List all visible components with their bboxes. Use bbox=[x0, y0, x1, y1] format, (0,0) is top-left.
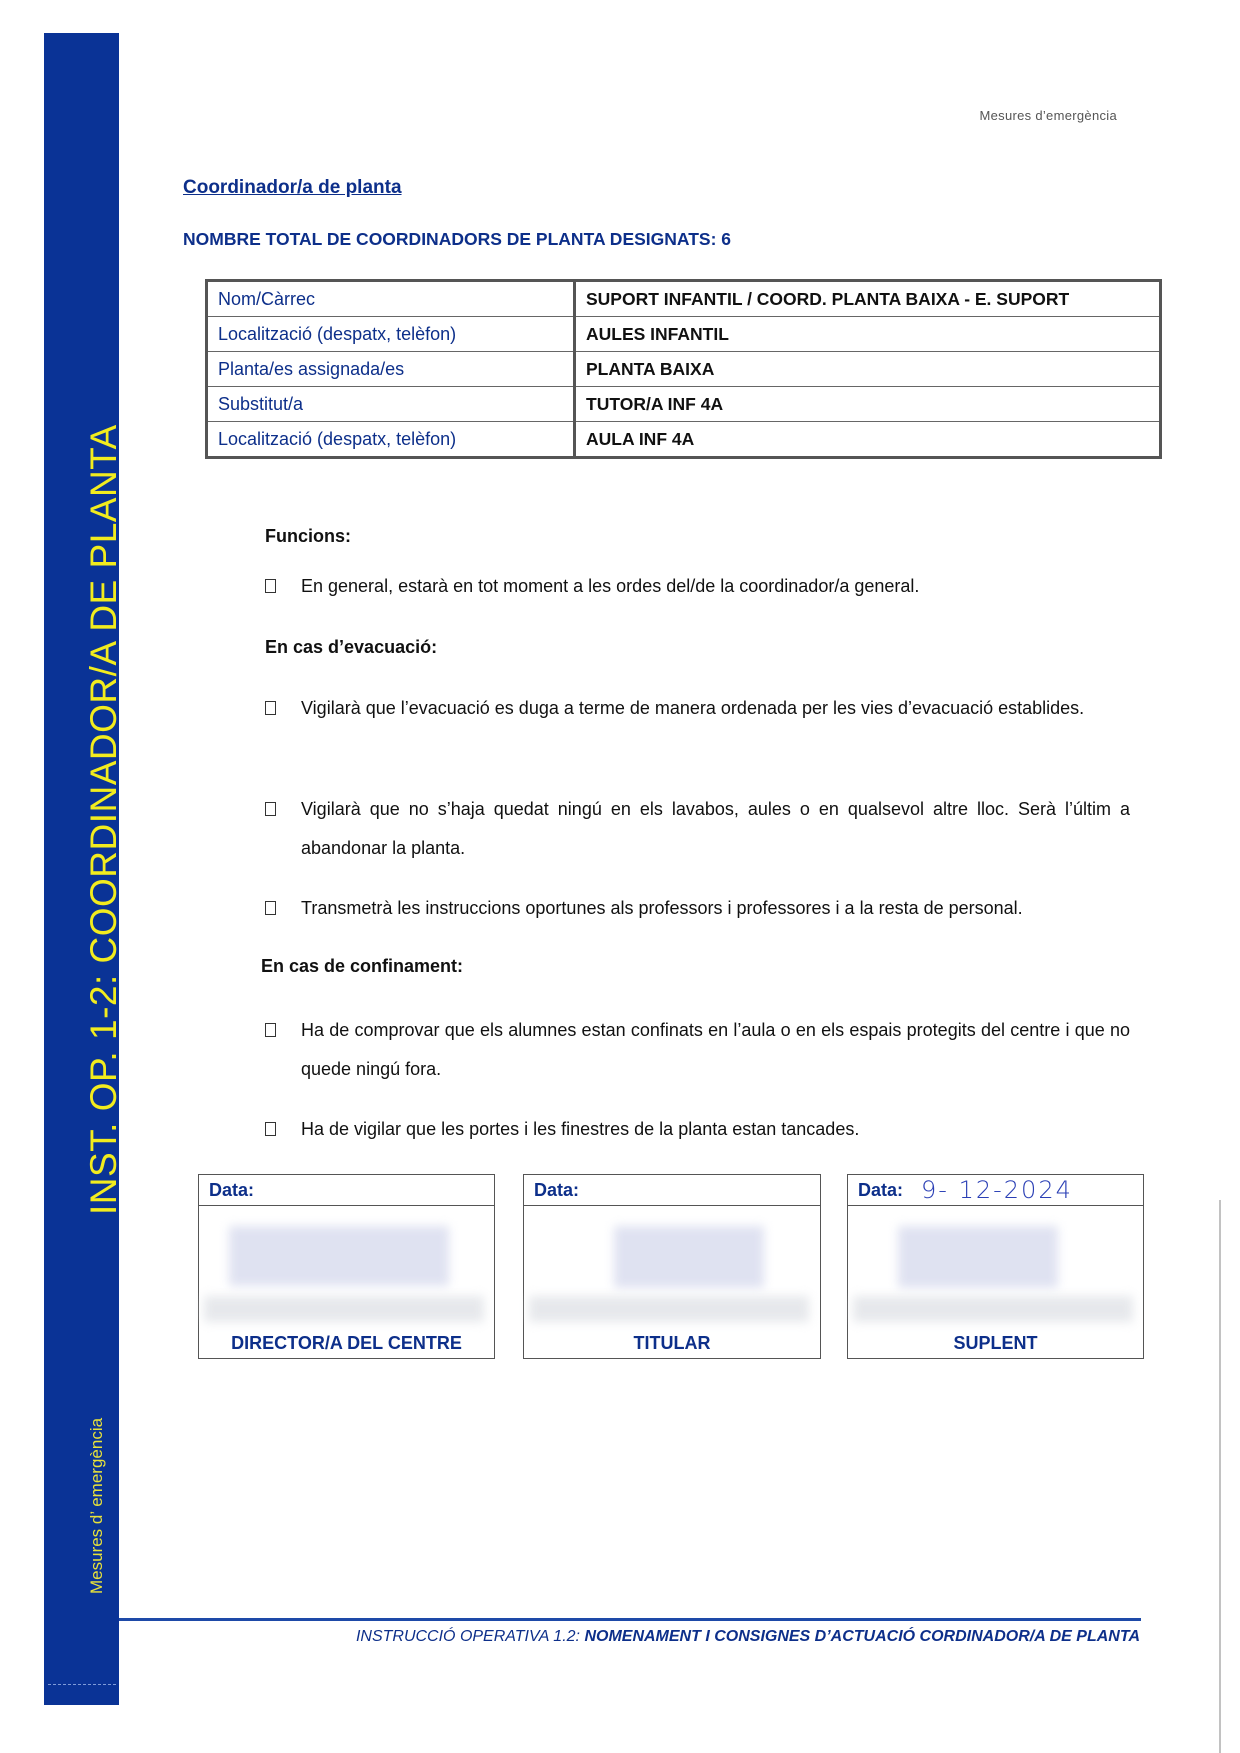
section-title: Coordinador/a de planta bbox=[183, 177, 402, 199]
redacted-signature bbox=[229, 1226, 449, 1286]
evacuation-heading: En cas d’evacuació: bbox=[265, 637, 437, 658]
table-row: Substitut/a TUTOR/A INF 4A bbox=[207, 387, 1161, 422]
checkbox-icon bbox=[265, 701, 276, 715]
signature-area bbox=[199, 1206, 494, 1326]
footer-title: INSTRUCCIÓ OPERATIVA 1.2: NOMENAMENT I C… bbox=[356, 1628, 1140, 1646]
total-coordinators: NOMBRE TOTAL DE COORDINADORS DE PLANTA D… bbox=[183, 229, 731, 250]
date-label: Data: bbox=[534, 1180, 579, 1201]
sidebar-title: INST. OP. 1-2: COORDINADOR/A DE PLANTA bbox=[83, 424, 125, 1215]
redacted-name bbox=[853, 1296, 1133, 1322]
redacted-signature bbox=[898, 1226, 1058, 1288]
signature-role: DIRECTOR/A DEL CENTRE bbox=[199, 1333, 494, 1354]
row-label: Substitut/a bbox=[207, 387, 575, 422]
redacted-name bbox=[204, 1296, 484, 1322]
list-item: Vigilarà que no s’haja quedat ningú en e… bbox=[265, 790, 1130, 868]
list-item: En general, estarà en tot moment a les o… bbox=[265, 567, 1130, 606]
confinement-heading: En cas de confinament: bbox=[261, 956, 463, 977]
row-value: TUTOR/A INF 4A bbox=[575, 387, 1161, 422]
row-value: AULES INFANTIL bbox=[575, 317, 1161, 352]
list-item: Vigilarà que l’evacuació es duga a terme… bbox=[265, 689, 1130, 728]
signature-box-director: Data: DIRECTOR/A DEL CENTRE bbox=[198, 1174, 495, 1359]
list-item: Ha de vigilar que les portes i les fines… bbox=[265, 1110, 1130, 1149]
redacted-name bbox=[529, 1296, 809, 1322]
coordinator-info-table: Nom/Càrrec SUPORT INFANTIL / COORD. PLAN… bbox=[205, 279, 1162, 459]
footer-divider bbox=[119, 1618, 1141, 1621]
functions-heading: Funcions: bbox=[265, 526, 351, 547]
sidebar-subtitle: Mesures d’ emergència bbox=[87, 1418, 107, 1594]
table-row: Localització (despatx, telèfon) AULES IN… bbox=[207, 317, 1161, 352]
row-label: Localització (despatx, telèfon) bbox=[207, 422, 575, 458]
checkbox-icon bbox=[265, 802, 276, 816]
table-row: Planta/es assignada/es PLANTA BAIXA bbox=[207, 352, 1161, 387]
redacted-signature bbox=[614, 1226, 764, 1288]
sidebar-divider bbox=[48, 1684, 116, 1685]
checkbox-icon bbox=[265, 579, 276, 593]
row-value: AULA INF 4A bbox=[575, 422, 1161, 458]
running-header: Mesures d’emergència bbox=[979, 108, 1117, 123]
list-item: Ha de comprovar que els alumnes estan co… bbox=[265, 1011, 1130, 1089]
signature-role: SUPLENT bbox=[848, 1333, 1143, 1354]
signature-box-suplent: Data: 9- 12-2024 SUPLENT bbox=[847, 1174, 1144, 1359]
checkbox-icon bbox=[265, 901, 276, 915]
checkbox-icon bbox=[265, 1023, 276, 1037]
date-label: Data: bbox=[858, 1180, 903, 1201]
list-item: Transmetrà les instruccions oportunes al… bbox=[265, 889, 1130, 928]
signature-box-titular: Data: TITULAR bbox=[523, 1174, 821, 1359]
row-value: SUPORT INFANTIL / COORD. PLANTA BAIXA - … bbox=[575, 281, 1161, 317]
row-label: Localització (despatx, telèfon) bbox=[207, 317, 575, 352]
signature-role: TITULAR bbox=[524, 1333, 820, 1354]
row-label: Planta/es assignada/es bbox=[207, 352, 575, 387]
signature-area bbox=[524, 1206, 820, 1326]
row-label: Nom/Càrrec bbox=[207, 281, 575, 317]
table-row: Nom/Càrrec SUPORT INFANTIL / COORD. PLAN… bbox=[207, 281, 1161, 317]
checkbox-icon bbox=[265, 1122, 276, 1136]
row-value: PLANTA BAIXA bbox=[575, 352, 1161, 387]
page-edge-shadow bbox=[1219, 1200, 1221, 1753]
signature-area bbox=[848, 1206, 1143, 1326]
date-value: 9- 12-2024 bbox=[921, 1176, 1073, 1204]
date-label: Data: bbox=[209, 1180, 254, 1201]
table-row: Localització (despatx, telèfon) AULA INF… bbox=[207, 422, 1161, 458]
